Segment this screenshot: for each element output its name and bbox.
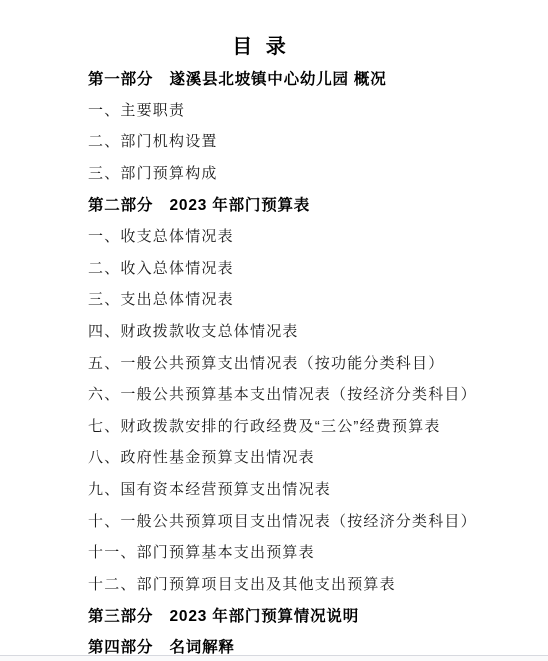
toc-item: 六、一般公共预算基本支出情况表（按经济分类科目）	[88, 378, 548, 410]
toc-part-2-heading: 第二部分 2023 年部门预算表	[88, 188, 548, 220]
toc-part-3-heading: 第三部分 2023 年部门预算情况说明	[88, 599, 548, 631]
toc-item: 五、一般公共预算支出情况表（按功能分类科目）	[88, 346, 548, 378]
toc-item: 十二、部门预算项目支出及其他支出预算表	[88, 568, 548, 600]
toc-item: 十一、部门预算基本支出预算表	[88, 536, 548, 568]
table-of-contents: 第一部分 遂溪县北坡镇中心幼儿园 概况 一、主要职责 二、部门机构设置 三、部门…	[88, 62, 548, 661]
toc-item: 四、财政拨款收支总体情况表	[88, 315, 548, 347]
toc-item: 三、支出总体情况表	[88, 283, 548, 315]
toc-part-1-heading: 第一部分 遂溪县北坡镇中心幼儿园 概况	[88, 62, 548, 94]
toc-title: 目 录	[88, 30, 434, 59]
page-bottom-margin	[0, 656, 548, 661]
toc-item: 八、政府性基金预算支出情况表	[88, 441, 548, 473]
document-page: 目 录 第一部分 遂溪县北坡镇中心幼儿园 概况 一、主要职责 二、部门机构设置 …	[0, 0, 548, 661]
toc-item: 一、主要职责	[88, 94, 548, 126]
toc-item: 三、部门预算构成	[88, 157, 548, 189]
toc-item: 七、财政拨款安排的行政经费及“三公”经费预算表	[88, 410, 548, 442]
toc-item: 二、部门机构设置	[88, 125, 548, 157]
toc-item: 一、收支总体情况表	[88, 220, 548, 252]
toc-item: 九、国有资本经营预算支出情况表	[88, 473, 548, 505]
toc-item: 二、收入总体情况表	[88, 252, 548, 284]
toc-item: 十、一般公共预算项目支出情况表（按经济分类科目）	[88, 504, 548, 536]
